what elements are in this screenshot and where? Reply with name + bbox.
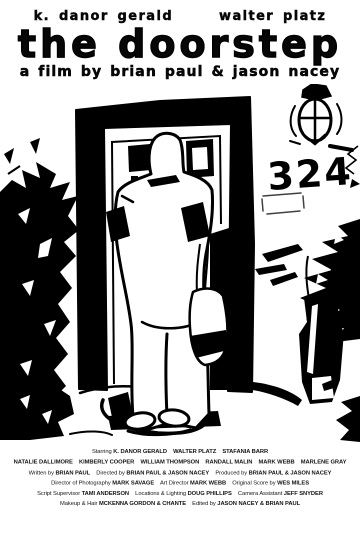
film-byline: a film by brian paul & jason nacey <box>0 64 360 80</box>
wall-picture-right-inner <box>192 147 208 170</box>
credits-line: Starring K. DANOR GERALD WALTER PLATZ ST… <box>0 446 360 456</box>
poster-illustration: 324 <box>0 84 360 442</box>
credits-block: Starring K. DANOR GERALD WALTER PLATZ ST… <box>0 446 360 509</box>
credits-line: NATALIE DALLIMORE KIMBERLY COOPER WILLIA… <box>0 456 360 466</box>
door-shadow <box>252 382 302 406</box>
credits-line: Script Supervisor TAMI ANDERSON Location… <box>0 488 360 498</box>
flower-vase <box>299 294 344 404</box>
credits-line: Makeup & Hair MCKENNA GORDON & CHANTE Ed… <box>0 498 360 508</box>
credits-line: Director of Photography MARK SAVAGE Art … <box>0 477 360 487</box>
house-number: 324 <box>266 149 354 199</box>
bottom-right-foliage <box>322 380 360 442</box>
movie-poster: k. danor gerald walter platz the doorste… <box>0 0 360 545</box>
film-title: the doorstep <box>0 24 360 64</box>
credits-line: Written by BRIAN PAUL Directed by BRIAN … <box>0 467 360 477</box>
porch-lantern-icon <box>290 84 352 150</box>
wall-picture-left <box>128 144 151 172</box>
